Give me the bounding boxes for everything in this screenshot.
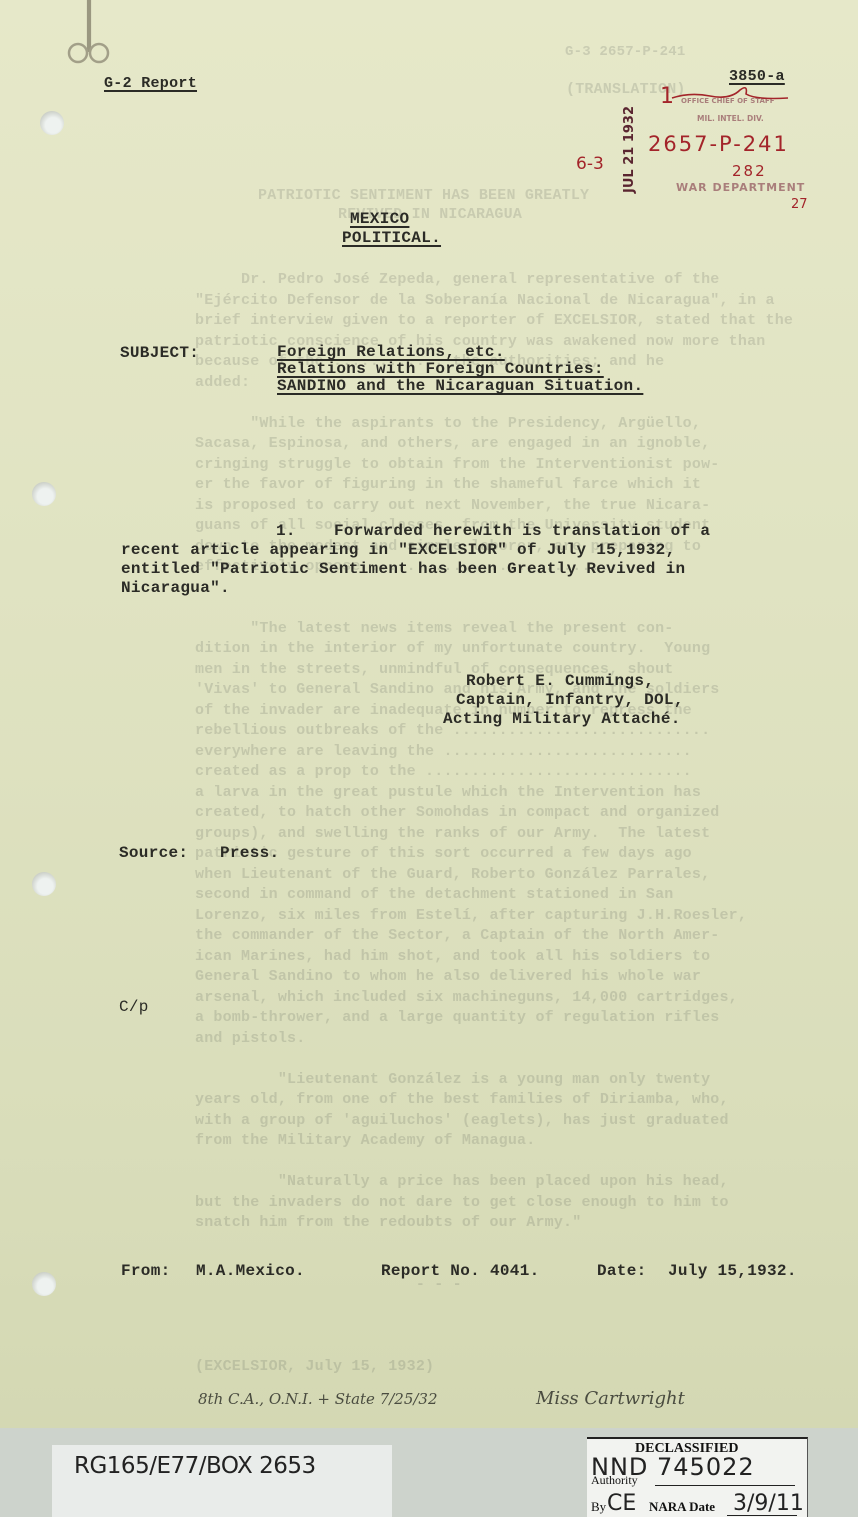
punch-hole [32, 482, 56, 506]
country-heading: MEXICO [350, 210, 409, 228]
punch-hole [40, 111, 64, 135]
war-department-stamp: WAR DEPARTMENT [676, 181, 805, 194]
archive-box-label: RG165/E77/BOX 2653 [52, 1445, 392, 1517]
routing-handwritten-note: 8th C.A., O.N.I. + State 7/25/32 [198, 1390, 438, 1408]
paper-clip-icon [60, 0, 114, 68]
report-type-label: G-2 Report [104, 75, 197, 92]
subject-label: SUBJECT: [120, 344, 199, 362]
nara-date-label: NARA Date [649, 1499, 715, 1515]
office-stamp-line2: MIL. INTEL. DIV. [697, 114, 764, 123]
paragraph-line-2: recent article appearing in "EXCELSIOR" … [121, 541, 676, 559]
footer-from-label: From: [121, 1262, 171, 1280]
declassified-stamp: DECLASSIFIED Authority NND 745022 By CE … [587, 1437, 808, 1517]
paragraph-line-4: Nicaragua". [121, 579, 230, 597]
received-date-stamp: JUL 21 1932 [622, 106, 637, 193]
nara-date-value: 3/9/11 [733, 1491, 804, 1516]
source-label: Source: [119, 844, 188, 862]
bleed-through-body: Dr. Pedro José Zepeda, general represent… [195, 270, 793, 1377]
footer-from-value: M.A.Mexico. [196, 1262, 305, 1280]
signature-title: Acting Military Attaché. [443, 710, 681, 728]
authority-underline [655, 1485, 795, 1486]
category-heading: POLITICAL. [342, 229, 441, 247]
signature-name: Robert E. Cummings, [466, 672, 654, 690]
footer-date-value: July 15,1932. [668, 1262, 797, 1280]
recipient-handwritten-note: Miss Cartwright [536, 1388, 685, 1409]
red-file-number: 2657-P-241 [648, 132, 789, 156]
paragraph-line-1: Forwarded herewith is translation of a [334, 522, 710, 540]
punch-hole [32, 872, 56, 896]
signature-rank: Captain, Infantry, DOL, [456, 691, 684, 709]
red-signature-stroke [670, 80, 790, 106]
date-underline [727, 1515, 797, 1516]
paragraph-number: 1. [276, 522, 296, 540]
footer-report-label: Report No. [381, 1262, 480, 1280]
subject-line-1: Foreign Relations, etc. [277, 343, 505, 361]
red-sub-number: 282 [732, 162, 767, 180]
red-extra-number: 27 [791, 197, 808, 212]
footer-report-value: 4041. [490, 1262, 540, 1280]
subject-line-3: SANDINO and the Nicaraguan Situation. [277, 377, 643, 395]
box-label-text: RG165/E77/BOX 2653 [74, 1453, 316, 1479]
red-prefix: 6-3 [576, 154, 604, 174]
subject-line-2: Relations with Foreign Countries: [277, 360, 604, 378]
by-label: By [591, 1499, 606, 1515]
document-page: G-3 2657-P-241 (TRANSLATION) PATRIOTIC S… [0, 0, 858, 1430]
paragraph-line-3: entitled "Patriotic Sentiment has been G… [121, 560, 685, 578]
copy-notation: C/p [119, 998, 149, 1016]
authority-value: NND 745022 [591, 1453, 755, 1481]
source-value: Press. [220, 844, 279, 862]
bleed-through-top: G-3 2657-P-241 [565, 42, 685, 63]
bleed-through-title-1: PATRIOTIC SENTIMENT HAS BEEN GREATLY [258, 186, 589, 207]
punch-hole [32, 1272, 56, 1296]
by-value: CE [607, 1491, 636, 1516]
footer-date-label: Date: [597, 1262, 647, 1280]
